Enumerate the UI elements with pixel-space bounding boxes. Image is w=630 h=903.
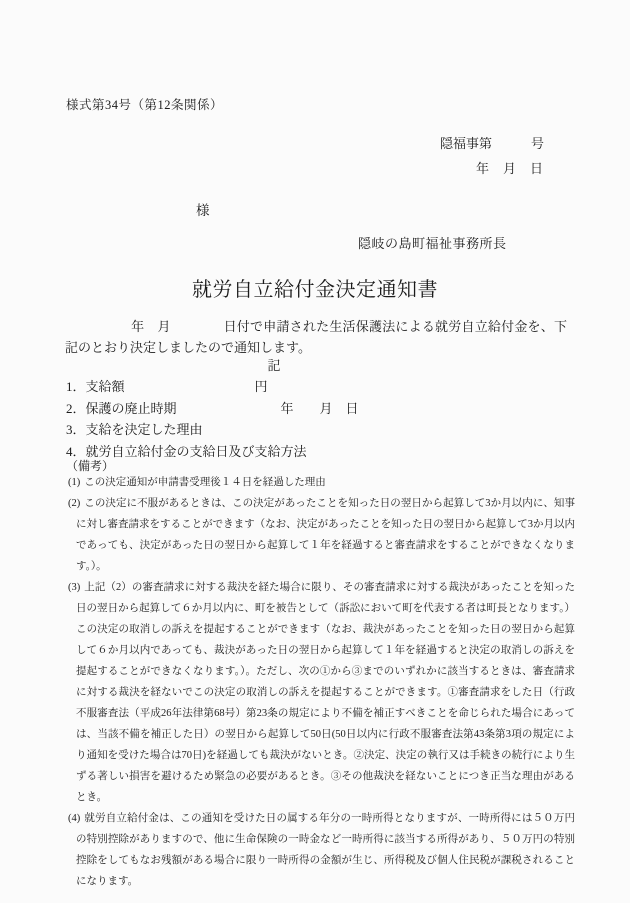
item-payment-date-method: 4．就労自立給付金の支給日及び支給方法 [66, 441, 568, 463]
note-1: (1)この決定通知が申請書受理後１４日を経過した理由 [68, 472, 575, 493]
issue-date-line: 年 月 日 [476, 158, 544, 177]
notice-document-page: 様式第34号（第12条関係） 隠福事第 号 年 月 日 様 隠岐の島町福祉事務所… [0, 0, 630, 903]
note-1-text: この決定通知が申請書受理後１４日を経過した理由 [84, 477, 326, 488]
item-payment-amount: 1．支給額 円 [66, 376, 568, 398]
form-number: 様式第34号（第12条関係） [66, 95, 223, 113]
note-4-marker: (4) [68, 813, 80, 824]
note-4: (4)就労自立給付金は、この通知を受けた日の属する年分の一時所得となりますが、一… [68, 808, 575, 892]
record-marker: 記 [65, 355, 567, 374]
item-decision-reason: 3．支給を決定した理由 [66, 419, 568, 441]
note-3: (3)上記（2）の審査請求に対する裁決を経た場合に限り、その審査請求に対する裁決… [68, 577, 575, 808]
reference-number-line: 隠福事第 号 [440, 133, 544, 152]
note-2: (2)この決定に不服があるときは、この決定があったことを知った日の翌日から起算し… [68, 493, 575, 577]
addressee-honorific: 様 [196, 199, 210, 219]
note-3-marker: (3) [68, 582, 80, 593]
note-2-marker: (2) [68, 498, 80, 509]
remarks-notes: (1)この決定通知が申請書受理後１４日を経過した理由 (2)この決定に不服がある… [68, 472, 575, 892]
intro-paragraph: 年 月 日付で申請された生活保護法による就労自立給付金を、下記のとおり決定しまし… [65, 317, 567, 358]
sender-title: 隠岐の島町福祉事務所長 [358, 233, 507, 252]
document-title: 就労自立給付金決定通知書 [0, 273, 630, 302]
note-2-text: この決定に不服があるときは、この決定があったことを知った日の翌日から起算して3か… [76, 498, 575, 572]
note-1-marker: (1) [68, 477, 80, 488]
item-protection-end-date: 2．保護の廃止時期 年 月 日 [66, 398, 568, 420]
note-3-text: 上記（2）の審査請求に対する裁決を経た場合に限り、その審査請求に対する裁決があっ… [76, 582, 575, 803]
note-4-text: 就労自立給付金は、この通知を受けた日の属する年分の一時所得となりますが、一時所得… [76, 813, 575, 887]
decision-item-list: 1．支給額 円 2．保護の廃止時期 年 月 日 3．支給を決定した理由 4．就労… [66, 376, 568, 462]
